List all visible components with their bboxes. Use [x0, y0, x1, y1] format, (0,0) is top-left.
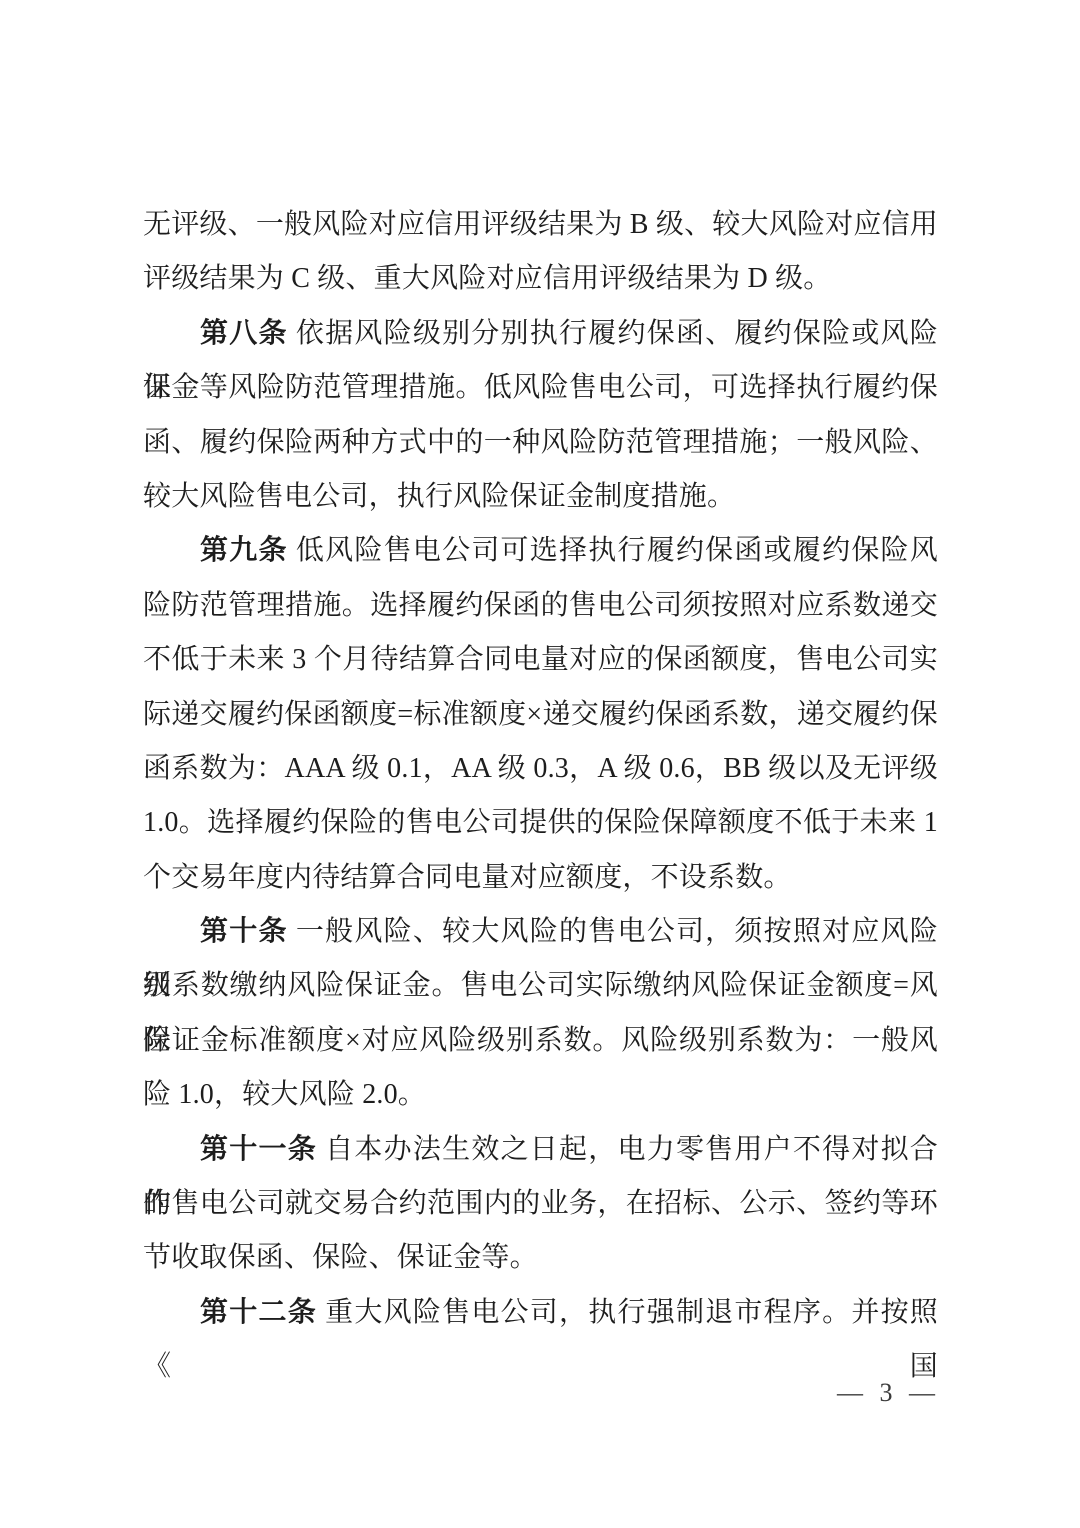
text-line: 个交易年度内待结算合同电量对应额度，不设系数。 [143, 851, 938, 905]
article-number: 第八条 [200, 318, 288, 349]
article-number: 第十条 [200, 916, 288, 947]
text-line: 第十一条 自本办法生效之日起，电力零售用户不得对拟合作 [143, 1123, 938, 1177]
article-number: 第十一条 [200, 1134, 317, 1165]
text-line: 际递交履约保函额度=标准额度×递交履约保函系数，递交履约保 [143, 688, 938, 742]
text-line: 险 1.0，较大风险 2.0。 [143, 1068, 938, 1122]
text-line: 第九条 低风险售电公司可选择执行履约保函或履约保险风 [143, 524, 938, 578]
article-number: 第九条 [200, 535, 288, 566]
text-line: 别系数缴纳风险保证金。售电公司实际缴纳风险保证金额度=风险 [143, 959, 938, 1013]
text-line: 的售电公司就交易合约范围内的业务，在招标、公示、签约等环 [143, 1177, 938, 1231]
text-line: 证金等风险防范管理措施。低风险售电公司，可选择执行履约保 [143, 361, 938, 415]
text-line: 较大风险售电公司，执行风险保证金制度措施。 [143, 470, 938, 524]
text-line: 1.0。选择履约保险的售电公司提供的保险保障额度不低于未来 1 [143, 796, 938, 850]
text-line: 函、履约保险两种方式中的一种风险防范管理措施；一般风险、 [143, 416, 938, 470]
page-number: — 3 — [837, 1378, 940, 1408]
text-line: 第十条 一般风险、较大风险的售电公司，须按照对应风险级 [143, 905, 938, 959]
article-number: 第十二条 [200, 1297, 317, 1328]
document-page: 无评级、一般风险对应信用评级结果为 B 级、较大风险对应信用评级结果为 C 级、… [0, 0, 1080, 1528]
text-line: 评级结果为 C 级、重大风险对应信用评级结果为 D 级。 [143, 252, 938, 306]
text-line: 险防范管理措施。选择履约保函的售电公司须按照对应系数递交 [143, 579, 938, 633]
text-line: 无评级、一般风险对应信用评级结果为 B 级、较大风险对应信用 [143, 198, 938, 252]
text-line: 函系数为：AAA 级 0.1，AA 级 0.3，A 级 0.6，BB 级以及无评… [143, 742, 938, 796]
text-line: 第八条 依据风险级别分别执行履约保函、履约保险或风险保 [143, 307, 938, 361]
text-line: 节收取保函、保险、保证金等。 [143, 1231, 938, 1285]
text-line: 第十二条 重大风险售电公司，执行强制退市程序。并按照《国 [143, 1286, 938, 1340]
text-line: 不低于未来 3 个月待结算合同电量对应的保函额度，售电公司实 [143, 633, 938, 687]
document-body: 无评级、一般风险对应信用评级结果为 B 级、较大风险对应信用评级结果为 C 级、… [143, 198, 938, 1340]
text-line: 保证金标准额度×对应风险级别系数。风险级别系数为：一般风 [143, 1014, 938, 1068]
